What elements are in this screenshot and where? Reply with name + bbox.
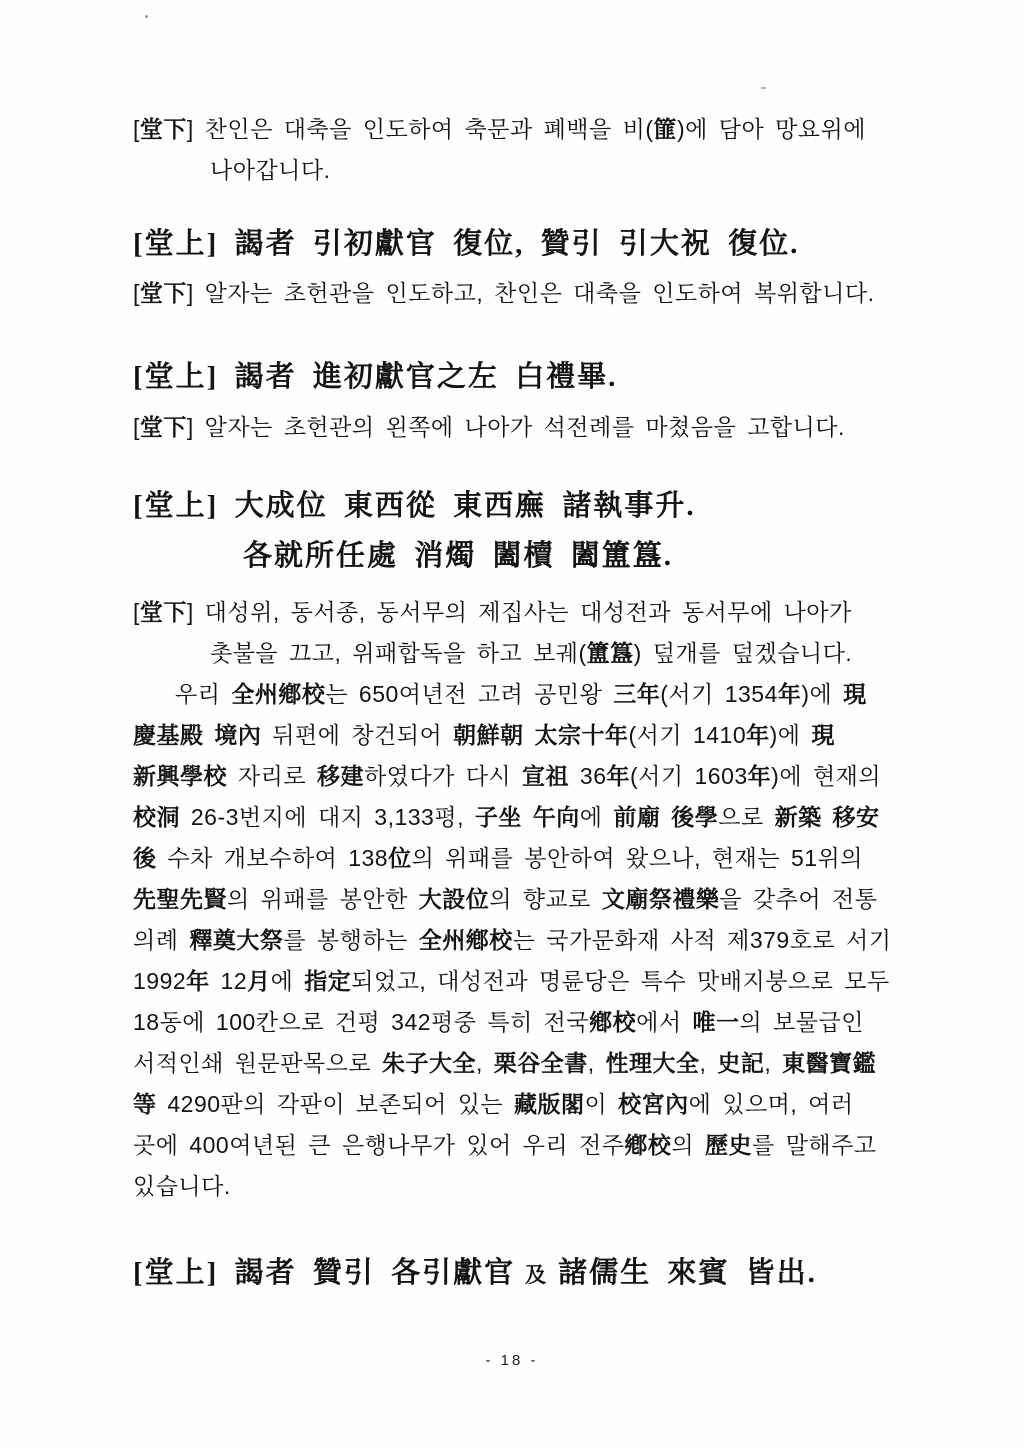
dangsang-heading: [堂上] 謁者 進初獻官之左 白禮畢. — [133, 352, 1024, 402]
hanja-text: 文廟祭禮樂 — [602, 887, 720, 912]
heading-text-pre: [堂上] 謁者 贊引 各引獻官 — [133, 1257, 515, 1289]
history-text-line: 新興學校 자리로 移建하였다가 다시 宣祖 36年(서기 1603年)에 현재의 — [133, 756, 1024, 797]
hanja-text: 釋奠大祭 — [189, 928, 283, 953]
hanja-text: 太宗十年 — [534, 723, 628, 748]
hanja-text: 年 — [746, 723, 770, 748]
hanja-text: 全州鄕校 — [419, 928, 513, 953]
dangha-narration-line: [堂下] 찬인은 대축을 인도하여 축문과 폐백을 비(篚)에 담아 망요위에 — [133, 109, 1024, 150]
hanja-text: 前廟 — [613, 805, 660, 830]
history-text-line: 慶基殿 境內 뒤편에 창건되어 朝鮮朝 太宗十年(서기 1410年)에 現 — [133, 715, 1024, 756]
dangsang-heading: [堂上] 謁者 贊引 各引獻官及諸儒生 來賓 皆出. — [133, 1248, 1024, 1298]
hanja-text: 史記 — [717, 1051, 764, 1076]
hanja-text: 慶基殿 — [133, 723, 204, 748]
hanja-text: 子坐 — [475, 805, 522, 830]
hanja-text: 移建 — [317, 764, 364, 789]
hanja-text: 歷史 — [705, 1133, 752, 1158]
hanja-text: 年 — [778, 682, 802, 707]
hanja-text: 全州鄕校 — [231, 682, 325, 707]
scan-speck — [761, 87, 766, 89]
hanja-text: 月 — [247, 969, 271, 994]
dangha-narration-line: [堂下] 알자는 초헌관을 인도하고, 찬인은 대축을 인도하여 복위합니다. — [133, 273, 1024, 314]
history-text-line: 곳에 400여년된 큰 은행나무가 있어 우리 전주鄕校의 歷史를 말해주고 — [133, 1125, 1024, 1166]
hanja-text: 篚 — [654, 117, 678, 142]
hanja-text: 移安 — [832, 805, 879, 830]
history-text-line: 우리 全州鄕校는 650여년전 고려 공민왕 三年(서기 1354年)에 現 — [175, 674, 1024, 715]
hanja-text: 東醫寶鑑 — [782, 1051, 876, 1076]
heading-text-post: 諸儒生 來賓 皆出. — [558, 1257, 817, 1289]
hanja-text: 現 — [843, 682, 867, 707]
hanja-text: 大設位 — [419, 887, 490, 912]
hanja-text: 年 — [748, 764, 772, 789]
dangha-narration-line: [堂下] 알자는 초헌관의 왼쪽에 나아가 석전례를 마쳤음을 고합니다. — [133, 407, 1024, 448]
hanja-text: 朱子大全 — [382, 1051, 476, 1076]
hanja-text: 三年 — [613, 682, 660, 707]
hanja-text: 簠簋 — [587, 641, 634, 666]
hanja-text: 先聖先賢 — [133, 887, 227, 912]
history-text-line: 先聖先賢의 위패를 봉안한 大設位의 향교로 文廟祭禮樂을 갖추어 전통 — [133, 879, 1024, 920]
hanja-text: 堂下 — [140, 281, 187, 306]
hanja-text: 指定 — [304, 969, 351, 994]
hanja-text: 後學 — [671, 805, 718, 830]
hanja-text: 藏版閣 — [514, 1092, 585, 1117]
hanja-text: 校洞 — [133, 805, 180, 830]
hanja-text: 朝鮮朝 — [453, 723, 524, 748]
history-text-line: 校洞 26-3번지에 대지 3,133평, 子坐 午向에 前廟 後學으로 新築 … — [133, 797, 1024, 838]
narration-continuation-line: 나아갑니다. — [210, 150, 1024, 191]
page-number: - 18 - — [0, 1351, 1024, 1371]
hanja-text: 鄕校 — [624, 1133, 671, 1158]
hanja-text: 堂下 — [140, 600, 187, 625]
hanja-text: 境內 — [214, 723, 261, 748]
document-page: [堂下] 찬인은 대축을 인도하여 축문과 폐백을 비(篚)에 담아 망요위에 … — [0, 0, 1024, 1448]
hanja-text: 宣祖 — [522, 764, 569, 789]
hanja-text: 堂下 — [140, 117, 187, 142]
dangsang-heading-continuation: 各就所任處 消燭 闔櫝 闔簠簋. — [243, 531, 1024, 581]
heading-text-small-char: 及 — [525, 1263, 548, 1287]
history-text-line: 서적인쇄 원문판목으로 朱子大全, 栗谷全書, 性理大全, 史記, 東醫寶鑑 — [133, 1043, 1024, 1084]
history-text-line: 後 수차 개보수하여 138位의 위패를 봉안하여 왔으나, 현재는 51위의 — [133, 838, 1024, 879]
dangha-narration-line: [堂下] 대성위, 동서종, 동서무의 제집사는 대성전과 동서무에 나아가 — [133, 592, 1024, 633]
hanja-text: 校宮內 — [618, 1092, 689, 1117]
hanja-text: 等 — [133, 1092, 157, 1117]
hanja-text: 年 — [186, 969, 210, 994]
dangsang-heading: [堂上] 大成位 東西從 東西廡 諸執事升. — [133, 481, 1024, 531]
hanja-text: 位 — [388, 846, 412, 871]
hanja-text: 後 — [133, 846, 157, 871]
hanja-text: 堂下 — [140, 415, 187, 440]
hanja-text: 栗谷全書 — [494, 1051, 588, 1076]
scan-speck — [145, 15, 148, 18]
dangsang-heading: [堂上] 謁者 引初獻官 復位, 贊引 引大祝 復位. — [133, 219, 1024, 269]
history-text-line: 의례 釋奠大祭를 봉행하는 全州鄕校는 국가문화재 사적 제379호로 서기 — [133, 920, 1024, 961]
hanja-text: 年 — [607, 764, 631, 789]
hanja-text: 鄕校 — [589, 1010, 636, 1035]
hanja-text: 新築 — [775, 805, 822, 830]
narration-continuation-line: 촛불을 끄고, 위패합독을 하고 보궤(簠簋) 덮개를 덮겠습니다. — [210, 633, 1024, 674]
history-text-line: 있습니다. — [133, 1166, 1024, 1207]
hanja-text: 性理大全 — [606, 1051, 700, 1076]
history-text-line: 18동에 100칸으로 건평 342평중 특히 전국鄕校에서 唯一의 보물급인 — [133, 1002, 1024, 1043]
history-text-line: 1992年 12月에 指定되었고, 대성전과 명륜당은 특수 맛배지붕으로 모두 — [133, 961, 1024, 1002]
hanja-text: 新興學校 — [133, 764, 227, 789]
history-text-line: 等 4290판의 각판이 보존되어 있는 藏版閣이 校宮內에 있으며, 여러 — [133, 1084, 1024, 1125]
hanja-text: 午向 — [533, 805, 580, 830]
hanja-text: 唯一 — [692, 1010, 739, 1035]
hanja-text: 現 — [811, 723, 835, 748]
